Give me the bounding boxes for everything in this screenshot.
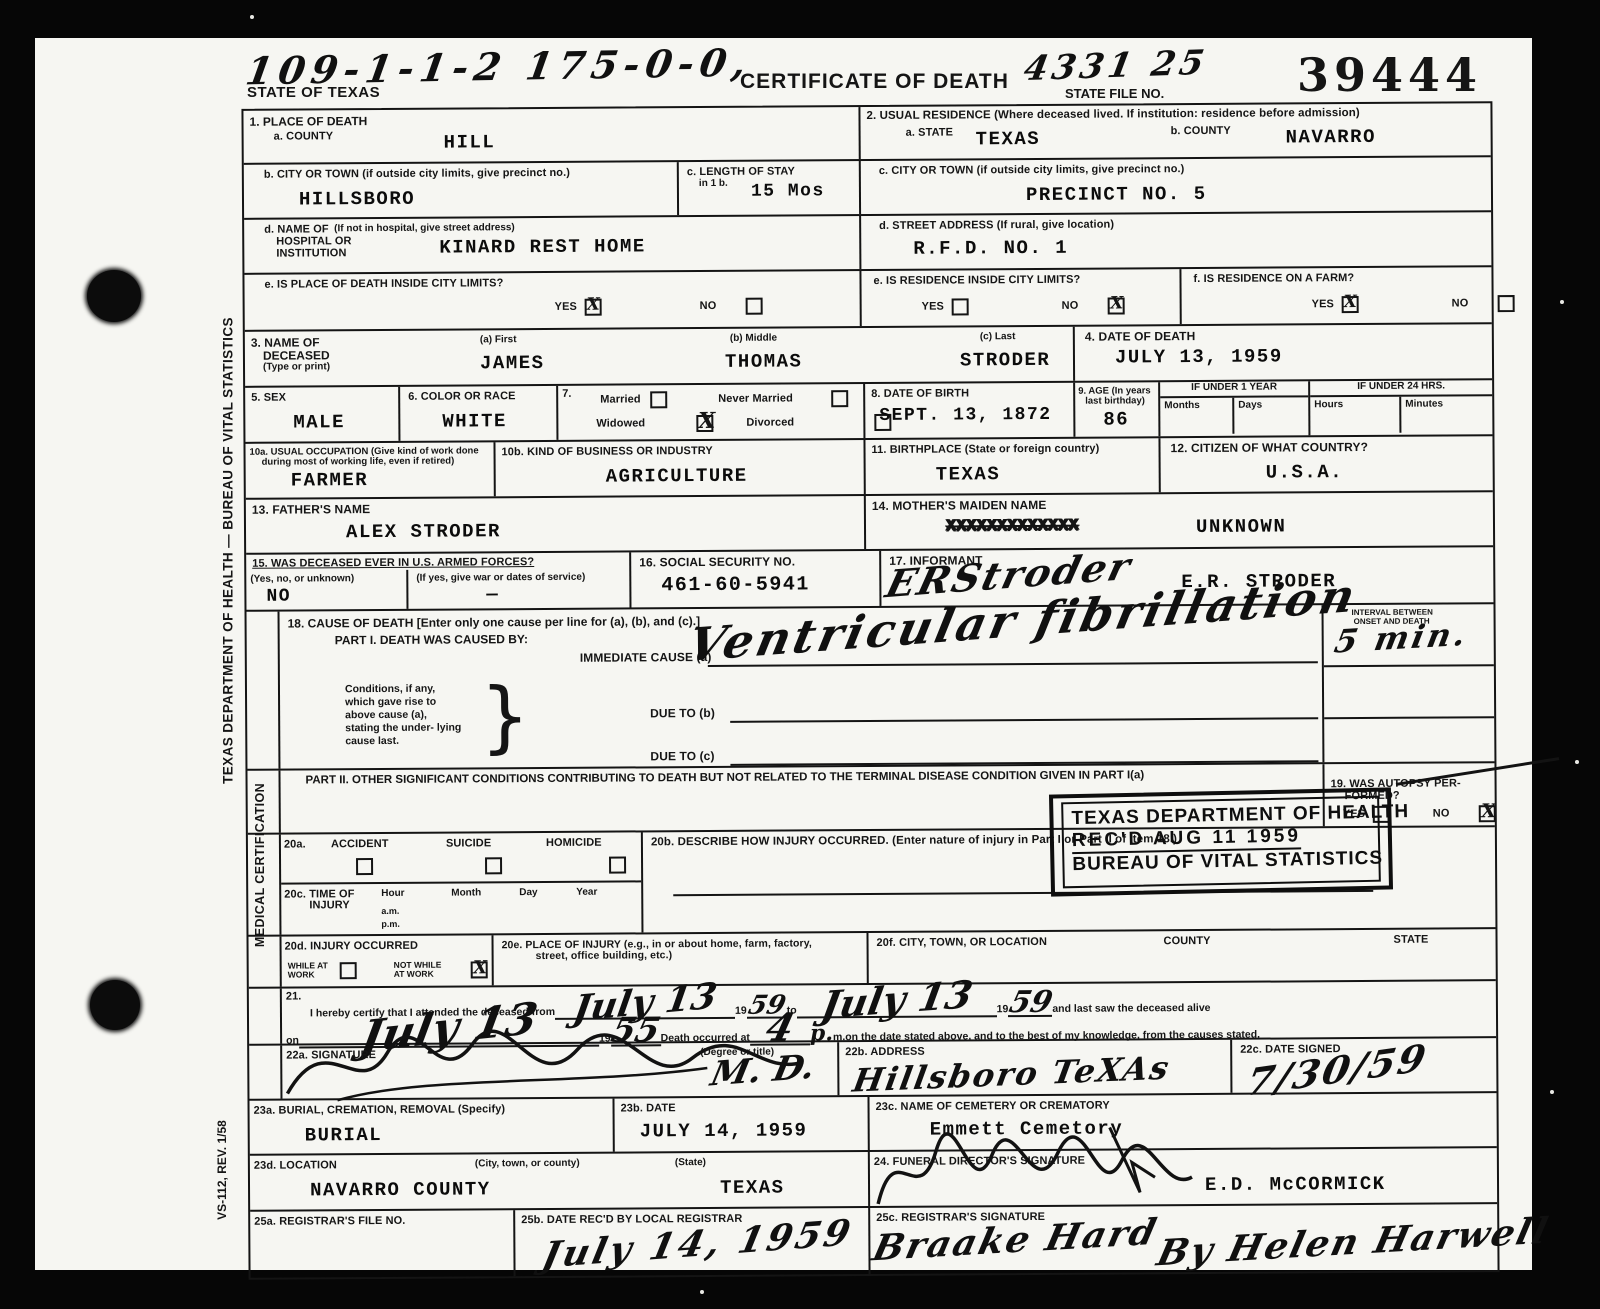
widowed-label: Widowed: [596, 417, 645, 429]
suicide-checkbox: [485, 857, 502, 874]
never-married-checkbox: [832, 390, 849, 407]
burial-date-label: 23b. DATE: [621, 1102, 676, 1114]
burial-value: BURIAL: [305, 1124, 383, 1146]
autopsy-no-text: NO: [1433, 807, 1450, 819]
field-8-date-of-birth: 8. DATE OF BIRTH SEPT. 13, 1872: [865, 383, 1075, 438]
am-label: a.m.: [381, 906, 399, 917]
middle-name-label: (b) Middle: [730, 333, 777, 344]
state-header: STATE: [1393, 934, 1428, 946]
location-sub2: (State): [675, 1157, 706, 1168]
f20c-label-2: INJURY: [309, 899, 350, 911]
pm-label: p.m.: [381, 919, 400, 930]
death-certificate-scan: 109-1-1-2 175-0-0, STATE OF TEXAS CERTIF…: [35, 38, 1532, 1270]
field-under-1-year: IF UNDER 1 YEAR Months Days: [1160, 381, 1310, 436]
first-name-label: (a) First: [480, 334, 517, 345]
funeral-director-signature-scrawl: [870, 1122, 1201, 1219]
farm-no-checkbox: [1498, 295, 1515, 312]
form-row-8: 13. FATHER'S NAME ALEX STRODER 14. MOTHE…: [246, 492, 1493, 555]
field-14-mother: 14. MOTHER'S MAIDEN NAME XXXXXXXXXXXXX U…: [866, 492, 1493, 549]
residence-county-label: b. COUNTY: [1171, 125, 1231, 137]
field-12-citizen: 12. CITIZEN OF WHAT COUNTRY? U.S.A.: [1160, 436, 1492, 492]
field-1b-city: b. CITY OR TOWN (if outside city limits,…: [244, 162, 679, 218]
field-22b-address: 22b. ADDRESS Hillsboro TeXAs: [839, 1040, 1232, 1095]
field-2f-farm: f. IS RESIDENCE ON A FARM? YES X NO: [1181, 267, 1491, 324]
date-of-death-label: 4. DATE OF DEATH: [1085, 330, 1196, 343]
no-text: NO: [700, 300, 717, 312]
to-date-handwriting: July 13: [821, 991, 972, 1008]
dob-value: SEPT. 13, 1872: [879, 405, 1051, 426]
field-2-usual-residence: 2. USUAL RESIDENCE (Where deceased lived…: [860, 103, 1490, 159]
not-while-mark: X: [473, 957, 487, 978]
field-15-armed-forces: 15. WAS DECEASED EVER IN U.S. ARMED FORC…: [246, 552, 631, 609]
location-city-value: NAVARRO COUNTY: [310, 1178, 491, 1201]
father-value: ALEX STRODER: [346, 520, 501, 543]
handwritten-file-number: 4331 25: [1021, 43, 1211, 89]
middle-name-value: THOMAS: [725, 350, 803, 372]
while-at-work-label-2: WORK: [288, 969, 315, 980]
first-name-value: JAMES: [480, 352, 545, 374]
scan-speck: [250, 15, 254, 19]
due-to-c-label: DUE TO (c): [650, 750, 714, 762]
certify-num: 21.: [286, 990, 302, 1002]
field-20d: 20d. INJURY OCCURRED WHILE AT WORK NOT W…: [281, 935, 493, 986]
field-9-age: 9. AGE (In years last birthday) 86: [1075, 382, 1160, 437]
yes-label: YES: [555, 301, 577, 313]
ssn-value: 461-60-5941: [661, 573, 810, 597]
registrar-file-label: 25a. REGISTRAR'S FILE NO.: [254, 1215, 405, 1228]
under-24-header: IF UNDER 24 HRS.: [1310, 380, 1492, 397]
accident-checkbox: [356, 858, 373, 875]
field-1e-city-limits: e. IS PLACE OF DEATH INSIDE CITY LIMITS?…: [244, 271, 861, 330]
residence-city-limits-label: e. IS RESIDENCE INSIDE CITY LIMITS?: [873, 274, 1080, 287]
married-label: Married: [600, 393, 641, 405]
f20f-label: 20f. CITY, TOWN, OR LOCATION: [877, 936, 1048, 949]
scan-speck: [1560, 300, 1564, 304]
no-label: NO: [700, 300, 717, 312]
sex-label: 5. SEX: [251, 392, 286, 404]
armed-forces-sub2: (If yes, give war or dates of service): [416, 572, 585, 584]
cause-label: 18. CAUSE OF DEATH [Enter only one cause…: [288, 614, 701, 631]
field-2c-residence-city: c. CITY OR TOWN (if outside city limits,…: [861, 157, 1491, 214]
form-row-6: 5. SEX MALE 6. COLOR OR RACE WHITE 7. Ma…: [245, 380, 1492, 444]
res-yes-text: YES: [922, 301, 944, 313]
medical-strip: [247, 612, 281, 769]
farm-yes-mark: X: [1344, 292, 1357, 312]
certificate-number: 39444: [1297, 48, 1482, 102]
birthplace-value: TEXAS: [936, 463, 1001, 485]
county-header: COUNTY: [1164, 935, 1211, 947]
street-label: d. STREET ADDRESS (If rural, give locati…: [879, 219, 1114, 232]
minutes-subcell: Minutes: [1401, 396, 1492, 433]
last-name-value: STRODER: [960, 349, 1050, 372]
usual-residence-label: 2. USUAL RESIDENCE (Where deceased lived…: [866, 107, 1359, 122]
field-5-sex: 5. SEX MALE: [245, 387, 400, 442]
state-file-no-label: STATE FILE NO.: [1065, 86, 1164, 101]
farm-no-label: NO: [1452, 297, 1469, 309]
race-label: 6. COLOR OR RACE: [408, 390, 515, 403]
widowed-mark: X: [698, 408, 715, 434]
field-10b-industry: 10b. KIND OF BUSINESS OR INDUSTRY AGRICU…: [495, 440, 865, 496]
res-no-checkbox: X: [1108, 297, 1125, 314]
dob-label: 8. DATE OF BIRTH: [871, 387, 969, 400]
conditions-note: Conditions, if any, which gave rise to a…: [345, 682, 463, 748]
never-married-label: Never Married: [718, 392, 793, 404]
certificate-title: CERTIFICATE OF DEATH: [740, 70, 1009, 94]
mother-label: 14. MOTHER'S MAIDEN NAME: [872, 499, 1047, 512]
city-label: b. CITY OR TOWN (if outside city limits,…: [264, 167, 570, 181]
form-row-5: 3. NAME OF DECEASED (Type or print) (a) …: [245, 324, 1492, 388]
hole-punch-bottom: [90, 980, 140, 1030]
res-yes-label: YES: [922, 301, 944, 313]
mother-struck-text: XXXXXXXXXXXXX: [946, 517, 1079, 537]
days-subcell: Days: [1234, 397, 1308, 433]
field-interval-column: INTERVAL BETWEEN ONSET AND DEATH 5 min.: [1323, 604, 1494, 762]
form-row-4: e. IS PLACE OF DEATH INSIDE CITY LIMITS?…: [244, 267, 1491, 332]
residence-state-value: TEXAS: [976, 128, 1041, 150]
occupation-label-2: during most of working life, even if ret…: [262, 456, 455, 468]
location-label: 23d. LOCATION: [254, 1159, 337, 1172]
scan-speck: [1550, 1090, 1554, 1094]
industry-value: AGRICULTURE: [606, 465, 748, 488]
field-23b-date: 23b. DATE JULY 14, 1959: [614, 1097, 869, 1152]
birthplace-label: 11. BIRTHPLACE (State or foreign country…: [871, 443, 1099, 456]
field-20a-20c: 20a. ACCIDENT SUICIDE HOMICIDE 20c. TIME…: [281, 832, 644, 934]
to-year-handwriting: 59: [1009, 1000, 1052, 1006]
form-row-1: 1. PLACE OF DEATH a. COUNTY HILL 2. USUA…: [243, 103, 1490, 165]
due-to-b-line: [730, 717, 1318, 723]
form-row-7: 10a. USUAL OCCUPATION (Give kind of work…: [245, 436, 1492, 500]
form-row-19: 25a. REGISTRAR'S FILE NO. 25b. DATE REC'…: [250, 1204, 1497, 1278]
field-6-race: 6. COLOR OR RACE WHITE: [400, 386, 558, 441]
res-no-label: NO: [1062, 300, 1079, 312]
certify-text-2: and last saw the deceased alive: [1052, 1002, 1210, 1015]
armed-forces-sub1: (Yes, no, or unknown): [250, 573, 354, 585]
form-row-18: 23d. LOCATION (City, town, or county) (S…: [250, 1148, 1497, 1212]
field-10a-occupation: 10a. USUAL OCCUPATION (Give kind of work…: [245, 442, 495, 498]
under-year-header: IF UNDER 1 YEAR: [1160, 381, 1308, 398]
field-1c-length-of-stay: c. LENGTH OF STAY in 1 b. 15 Mos: [679, 161, 861, 215]
f20e-label-2: street, office building, etc.): [536, 949, 673, 962]
stay-sub-label: in 1 b.: [699, 178, 728, 189]
form-row-16: 22a. SIGNATURE (Degree or title) M. D. 2…: [249, 1038, 1496, 1101]
residence-county-value: NAVARRO: [1286, 126, 1376, 149]
field-7-marital-status: 7. Married Never Married Widowed X Divor…: [558, 384, 865, 440]
place-yes-mark: X: [587, 295, 600, 315]
father-label: 13. FATHER'S NAME: [252, 503, 370, 516]
field-18-cause-of-death: 18. CAUSE OF DEATH [Enter only one cause…: [280, 605, 1325, 768]
industry-label: 10b. KIND OF BUSINESS OR INDUSTRY: [502, 445, 713, 458]
place-of-death-label: 1. PLACE OF DEATH: [249, 114, 367, 129]
hospital-value: KINARD REST HOME: [439, 235, 646, 258]
armed-forces-divider: [406, 570, 408, 609]
field-22c-date-signed: 22c. DATE SIGNED 7/30/59: [1232, 1038, 1496, 1093]
ssn-label: 16. SOCIAL SECURITY NO.: [639, 555, 795, 568]
date-of-death-value: JULY 13, 1959: [1115, 345, 1283, 368]
field-3-name-values: (a) First JAMES (b) Middle THOMAS (c) La…: [420, 327, 1075, 385]
month-header: Month: [451, 887, 481, 898]
city-value: HILLSBORO: [299, 188, 415, 211]
occupation-value: FARMER: [291, 469, 369, 491]
from-date-handwriting: July 13: [573, 993, 717, 1012]
scan-speck: [1575, 760, 1579, 764]
last-name-label: (c) Last: [980, 331, 1016, 342]
sex-value: MALE: [293, 411, 345, 433]
yes-text: YES: [555, 301, 577, 313]
part2-label: PART II. OTHER SIGNIFICANT CONDITIONS CO…: [306, 769, 1145, 786]
stay-value: 15 Mos: [751, 181, 825, 201]
degree-handwriting: M. D.: [707, 1047, 819, 1095]
hole-punch-top: [87, 270, 141, 322]
field-1-place-of-death: 1. PLACE OF DEATH a. COUNTY HILL: [243, 107, 860, 163]
autopsy-no-mark: X: [1481, 800, 1496, 822]
field-16-ssn: 16. SOCIAL SECURITY NO. 461-60-5941: [631, 551, 881, 608]
farm-label: f. IS RESIDENCE ON A FARM?: [1193, 272, 1354, 285]
place-yes-checkbox: X: [585, 299, 602, 316]
mother-value: UNKNOWN: [1196, 515, 1286, 538]
burial-label: 23a. BURIAL, CREMATION, REMOVAL (Specify…: [254, 1103, 506, 1117]
interval-empty-b: [1324, 666, 1494, 719]
medical-strip-3: [248, 835, 282, 935]
field-1d-hospital: d. NAME OF HOSPITAL OR INSTITUTION (If n…: [244, 216, 861, 273]
medical-strip-2: [247, 771, 280, 833]
field-23a-burial: 23a. BURIAL, CREMATION, REMOVAL (Specify…: [249, 1099, 614, 1154]
county-label: a. COUNTY: [274, 130, 334, 142]
homicide-checkbox: [609, 856, 626, 873]
interval-handwriting: 5 min.: [1331, 615, 1472, 661]
citizen-label: 12. CITIZEN OF WHAT COUNTRY?: [1170, 441, 1368, 454]
funeral-director-value: E.D. McCORMICK: [1205, 1173, 1386, 1196]
not-while-label-2: AT WORK: [394, 969, 434, 980]
residence-city-label: c. CITY OR TOWN (if outside city limits,…: [879, 163, 1185, 177]
field-11-birthplace: 11. BIRTHPLACE (State or foreign country…: [865, 438, 1160, 494]
hours-subcell: Hours: [1310, 397, 1401, 434]
location-state-value: TEXAS: [720, 1177, 785, 1199]
hospital-label-1: d. NAME OF: [264, 223, 329, 235]
form-row-10-cause: 18. CAUSE OF DEATH [Enter only one cause…: [247, 604, 1495, 771]
hour-header: Hour: [381, 888, 404, 899]
res-no-text: NO: [1062, 300, 1079, 312]
place-city-limits-label: e. IS PLACE OF DEATH INSIDE CITY LIMITS?: [264, 277, 503, 290]
field-22a-signature: 22a. SIGNATURE (Degree or title) M. D.: [282, 1042, 839, 1098]
scan-speck: [700, 1290, 704, 1294]
medical-strip-4: [248, 937, 281, 987]
married-checkbox: [650, 391, 667, 408]
year-header: Year: [576, 887, 597, 898]
burial-date-value: JULY 14, 1959: [640, 1119, 808, 1142]
hospital-label-3: INSTITUTION: [276, 247, 346, 259]
received-stamp: TEXAS DEPARTMENT OF HEALTH REC'D AUG 11 …: [1049, 787, 1393, 896]
address-label: 22b. ADDRESS: [845, 1046, 925, 1058]
race-value: WHITE: [442, 410, 507, 432]
street-value: R.F.D. NO. 1: [913, 237, 1068, 260]
res-yes-checkbox: [952, 298, 969, 315]
due-to-b-label: DUE TO (b): [650, 707, 715, 719]
field-3-name-label: 3. NAME OF DECEASED (Type or print): [245, 331, 420, 386]
stamp-line-1: TEXAS DEPARTMENT OF HEALTH: [1071, 802, 1369, 830]
name-label-3: (Type or print): [263, 361, 330, 372]
field-2d-street-address: d. STREET ADDRESS (If rural, give locati…: [861, 212, 1491, 269]
not-while-checkbox: X: [471, 961, 488, 978]
hospital-sub-label: (If not in hospital, give street address…: [334, 222, 515, 234]
field-13-father: 13. FATHER'S NAME ALEX STRODER: [246, 496, 866, 553]
while-at-work-checkbox: [340, 962, 357, 979]
interval-cell: INTERVAL BETWEEN ONSET AND DEATH 5 min.: [1323, 604, 1493, 667]
f20d-label: 20d. INJURY OCCURRED: [285, 940, 418, 953]
suicide-label: SUICIDE: [446, 837, 491, 849]
farm-no-text: NO: [1452, 297, 1469, 309]
marital-num: 7.: [562, 388, 571, 400]
field-20a: 20a. ACCIDENT SUICIDE HOMICIDE: [281, 832, 641, 884]
cemetery-label: 23c. NAME OF CEMETERY OR CREMATORY: [876, 1100, 1110, 1113]
field-under-24-hrs: IF UNDER 24 HRS. Hours Minutes: [1310, 380, 1492, 435]
hospital-label-2: HOSPITAL OR: [276, 235, 351, 247]
day-header: Day: [519, 887, 537, 898]
interval-empty-c: [1324, 718, 1494, 762]
f20a-num: 20a.: [284, 838, 306, 850]
field-25a-registrar-file: 25a. REGISTRAR'S FILE NO.: [250, 1210, 515, 1278]
age-value: 86: [1103, 408, 1129, 430]
armed-forces-label: 15. WAS DECEASED EVER IN U.S. ARMED FORC…: [252, 556, 534, 570]
farm-yes-label: YES: [1312, 298, 1334, 310]
form-row-3: d. NAME OF HOSPITAL OR INSTITUTION (If n…: [244, 212, 1491, 275]
res-no-mark: X: [1110, 293, 1123, 313]
county-value: HILL: [444, 131, 496, 153]
field-23d-location: 23d. LOCATION (City, town, or county) (S…: [250, 1152, 870, 1210]
months-subcell: Months: [1160, 398, 1234, 434]
interval-label-1: INTERVAL BETWEEN: [1352, 608, 1433, 617]
field-24-funeral-director: 24. FUNERAL DIRECTOR'S SIGNATURE E.D. Mc…: [870, 1148, 1497, 1206]
divorced-label: Divorced: [746, 416, 794, 428]
age-label-2: last birthday): [1085, 395, 1145, 406]
autopsy-no-label: NO: [1433, 807, 1450, 819]
widowed-checkbox: X: [696, 415, 713, 432]
location-sub1: (City, town, or county): [475, 1158, 580, 1170]
residence-city-value: PRECINCT NO. 5: [1026, 183, 1207, 206]
registrar-signature-handwriting-2: By Helen Harwell: [1153, 1210, 1553, 1275]
farm-yes-checkbox: X: [1342, 296, 1359, 313]
field-4-date-of-death: 4. DATE OF DEATH JULY 13, 1959: [1075, 324, 1492, 381]
homicide-label: HOMICIDE: [546, 837, 602, 849]
armed-forces-dash: —: [486, 583, 499, 605]
residence-state-label: a. STATE: [906, 126, 954, 138]
place-no-checkbox: [746, 298, 763, 315]
part1-label: PART I. DEATH WAS CAUSED BY:: [335, 632, 528, 647]
citizen-value: U.S.A.: [1266, 461, 1344, 483]
armed-forces-value: NO: [266, 587, 291, 607]
field-2e-residence-city-limits: e. IS RESIDENCE INSIDE CITY LIMITS? YES …: [861, 269, 1181, 326]
form-number-vertical-label: VS-112, REV. 1/58: [215, 1095, 229, 1245]
field-20c: 20c. TIME OF INJURY Hour a.m. p.m. Month…: [281, 882, 641, 934]
field-25b-registrar-date: 25b. DATE REC'D BY LOCAL REGISTRAR July …: [515, 1208, 870, 1276]
farm-yes-text: YES: [1312, 298, 1334, 310]
certificate-form: 1. PLACE OF DEATH a. COUNTY HILL 2. USUA…: [241, 101, 1499, 1280]
stay-label: c. LENGTH OF STAY: [687, 165, 795, 178]
conditions-brace: }: [480, 672, 530, 762]
agency-vertical-label: TEXAS DEPARTMENT OF HEALTH — BUREAU OF V…: [221, 261, 236, 841]
state-of-texas-label: STATE OF TEXAS: [247, 84, 380, 101]
field-25c-registrar-signature: 25c. REGISTRAR'S SIGNATURE Braake Hard B…: [870, 1204, 1497, 1274]
form-row-2: b. CITY OR TOWN (if outside city limits,…: [244, 157, 1491, 220]
accident-label: ACCIDENT: [331, 838, 389, 850]
autopsy-no-checkbox: X: [1479, 805, 1496, 822]
